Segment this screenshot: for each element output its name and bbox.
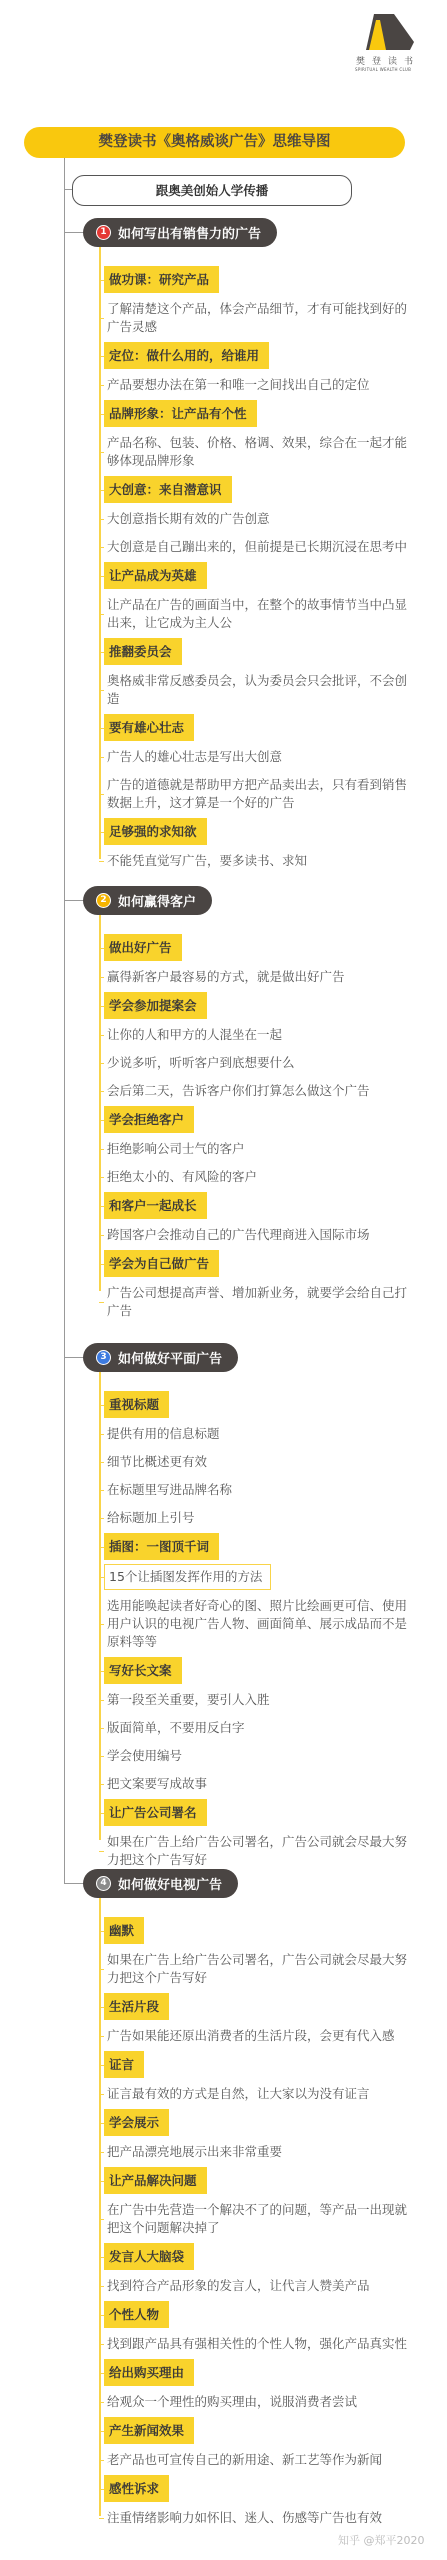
brand-logo: 樊登读书 SPIRITUAL WEALTH CLUB [354, 12, 424, 76]
detail-node[interactable]: 广告人的雄心壮志是写出大创意 [104, 743, 407, 771]
detail-node[interactable]: 少说多听，听听客户到底想要什么 [104, 1049, 407, 1077]
section-title: 如何写出有销售力的广告 [118, 223, 261, 242]
detail-text: 广告的道德就是帮助甲方把产品卖出去，只有看到销售数据上升，这才算是一个好的广告 [104, 771, 407, 817]
detail-node[interactable]: 跨国客户会推动自己的广告代理商进入国际市场 [104, 1221, 407, 1249]
mindmap-subtitle-node: 跟奥美创始人学传播 [72, 175, 352, 206]
topic-node[interactable]: 个性人物 [104, 2300, 407, 2330]
section-header[interactable]: 2如何赢得客户 [83, 886, 212, 915]
topic-node[interactable]: 学会展示 [104, 2108, 407, 2138]
topic-label: 生活片段 [104, 1993, 169, 2020]
section-branch: 重视标题提供有用的信息标题细节比概述更有效在标题里写进品牌名称给标题加上引号插图… [99, 1372, 407, 1874]
detail-node[interactable]: 给标题加上引号 [104, 1504, 407, 1532]
detail-node[interactable]: 选用能唤起读者好奇心的图、照片比绘画更可信、使用用户认识的电视广告人物、画面简单… [104, 1592, 407, 1656]
section-title: 如何做好电视广告 [118, 1874, 222, 1893]
detail-text: 了解清楚这个产品，体会产品细节，才有可能找到好的广告灵感 [104, 295, 407, 341]
topic-node[interactable]: 品牌形象：让产品有个性 [104, 399, 407, 429]
detail-node[interactable]: 把产品漂亮地展示出来非常重要 [104, 2138, 407, 2166]
detail-text: 细节比概述更有效 [104, 1448, 407, 1476]
detail-text: 注重情绪影响力如怀旧、迷人、伤感等广告也有效 [104, 2504, 407, 2532]
detail-text: 给观众一个理性的购买理由，说服消费者尝试 [104, 2388, 407, 2416]
detail-node[interactable]: 第一段至关重要，要引人入胜 [104, 1686, 407, 1714]
detail-node[interactable]: 学会使用编号 [104, 1742, 407, 1770]
topic-node[interactable]: 学会拒绝客户 [104, 1105, 407, 1135]
detail-node[interactable]: 广告如果能还原出消费者的生活片段，会更有代入感 [104, 2022, 407, 2050]
number-badge-icon: 2 [96, 893, 111, 908]
topic-label: 学会展示 [104, 2109, 169, 2136]
detail-node[interactable]: 15个让插图发挥作用的方法 [104, 1562, 407, 1592]
detail-text: 赢得新客户最容易的方式，就是做出好广告 [104, 963, 407, 991]
detail-node[interactable]: 了解清楚这个产品，体会产品细节，才有可能找到好的广告灵感 [104, 295, 407, 341]
topic-label: 重视标题 [104, 1391, 169, 1418]
detail-node[interactable]: 细节比概述更有效 [104, 1448, 407, 1476]
book-tent-icon [364, 12, 416, 52]
detail-node[interactable]: 奥格威非常反感委员会，认为委员会只会批评，不会创造 [104, 667, 407, 713]
section-title: 如何赢得客户 [118, 891, 196, 910]
detail-text: 版面简单，不要用反白字 [104, 1714, 407, 1742]
detail-node[interactable]: 老产品也可宣传自己的新用途、新工艺等作为新闻 [104, 2446, 407, 2474]
topic-label: 写好长文案 [104, 1657, 182, 1684]
detail-text: 第一段至关重要，要引人入胜 [104, 1686, 407, 1714]
topic-node[interactable]: 要有雄心壮志 [104, 713, 407, 743]
detail-text: 学会使用编号 [104, 1742, 407, 1770]
detail-node[interactable]: 提供有用的信息标题 [104, 1420, 407, 1448]
detail-text: 在广告中先营造一个解决不了的问题，等产品一出现就把这个问题解决掉了 [104, 2196, 407, 2242]
detail-text: 在标题里写进品牌名称 [104, 1476, 407, 1504]
section-branch: 做出好广告赢得新客户最容易的方式，就是做出好广告学会参加提案会让你的人和甲方的人… [99, 915, 407, 1325]
detail-node[interactable]: 如果在广告上给广告公司署名，广告公司就会尽最大努力把这个广告写好 [104, 1946, 407, 1992]
topic-label: 插图：一图顶千词 [104, 1533, 219, 1560]
branch-connector-line [99, 1372, 101, 1840]
topic-label: 产生新闻效果 [104, 2417, 194, 2444]
detail-text: 产品名称、包装、价格、格调、效果，综合在一起才能够体现品牌形象 [104, 429, 407, 475]
topic-node[interactable]: 给出购买理由 [104, 2358, 407, 2388]
detail-text: 大创意是自己蹦出来的，但前提是已长期沉浸在思考中 [104, 533, 407, 561]
topic-label: 要有雄心壮志 [104, 714, 194, 741]
topic-node[interactable]: 重视标题 [104, 1390, 407, 1420]
section-branch: 做功课：研究产品了解清楚这个产品，体会产品细节，才有可能找到好的广告灵感定位：做… [99, 247, 407, 875]
topic-node[interactable]: 让产品成为英雄 [104, 561, 407, 591]
number-badge-icon: 3 [96, 1350, 111, 1365]
topic-label: 足够强的求知欲 [104, 818, 207, 845]
detail-node[interactable]: 会后第二天，告诉客户你们打算怎么做这个广告 [104, 1077, 407, 1105]
detail-node[interactable]: 产品要想办法在第一和唯一之间找出自己的定位 [104, 371, 407, 399]
topic-label: 感性诉求 [104, 2475, 169, 2502]
detail-node[interactable]: 大创意指长期有效的广告创意 [104, 505, 407, 533]
topic-node[interactable]: 大创意：来自潜意识 [104, 475, 407, 505]
topic-label: 推翻委员会 [104, 638, 182, 665]
detail-text: 把文案要写成故事 [104, 1770, 407, 1798]
mindmap-root-title: 樊登读书《奥格威谈广告》思维导图 [24, 127, 405, 158]
topic-node[interactable]: 足够强的求知欲 [104, 817, 407, 847]
topic-label: 给出购买理由 [104, 2359, 194, 2386]
section-1: 1如何写出有销售力的广告做功课：研究产品了解清楚这个产品，体会产品细节，才有可能… [83, 218, 407, 875]
topic-label: 学会拒绝客户 [104, 1106, 194, 1133]
detail-text: 证言最有效的方式是自然，让大家以为没有证言 [104, 2080, 407, 2108]
logo-name-cn: 樊登读书 [354, 54, 424, 67]
topic-node[interactable]: 幽默 [104, 1916, 407, 1946]
section-header[interactable]: 1如何写出有销售力的广告 [83, 218, 277, 247]
topic-label: 大创意：来自潜意识 [104, 476, 232, 503]
detail-text: 拒绝影响公司士气的客户 [104, 1135, 407, 1163]
detail-node[interactable]: 大创意是自己蹦出来的，但前提是已长期沉浸在思考中 [104, 533, 407, 561]
section-branch: 幽默如果在广告上给广告公司署名，广告公司就会尽最大努力把这个广告写好生活片段广告… [99, 1898, 407, 2532]
branch-connector-line [99, 247, 101, 859]
detail-text: 大创意指长期有效的广告创意 [104, 505, 407, 533]
topic-label: 个性人物 [104, 2301, 169, 2328]
topic-node[interactable]: 感性诉求 [104, 2474, 407, 2504]
detail-text: 广告如果能还原出消费者的生活片段，会更有代入感 [104, 2022, 407, 2050]
detail-node[interactable]: 找到符合产品形象的发言人，让代言人赞美产品 [104, 2272, 407, 2300]
number-badge-icon: 1 [96, 225, 111, 240]
topic-label: 让产品解决问题 [104, 2167, 207, 2194]
detail-node[interactable]: 找到跟产品具有强相关性的个性人物，强化产品真实性 [104, 2330, 407, 2358]
section-2: 2如何赢得客户做出好广告赢得新客户最容易的方式，就是做出好广告学会参加提案会让你… [83, 886, 407, 1325]
detail-text: 让你的人和甲方的人混坐在一起 [104, 1021, 407, 1049]
topic-node[interactable]: 做功课：研究产品 [104, 265, 407, 295]
section-header[interactable]: 4如何做好电视广告 [83, 1869, 238, 1898]
topic-label: 学会为自己做广告 [104, 1250, 219, 1277]
topic-node[interactable]: 证言 [104, 2050, 407, 2080]
section-header[interactable]: 3如何做好平面广告 [83, 1343, 238, 1372]
topic-label: 幽默 [104, 1917, 144, 1944]
detail-text: 选用能唤起读者好奇心的图、照片比绘画更可信、使用用户认识的电视广告人物、画面简单… [104, 1592, 407, 1656]
detail-text: 给标题加上引号 [104, 1504, 407, 1532]
section-3: 3如何做好平面广告重视标题提供有用的信息标题细节比概述更有效在标题里写进品牌名称… [83, 1343, 407, 1874]
detail-node[interactable]: 证言最有效的方式是自然，让大家以为没有证言 [104, 2080, 407, 2108]
detail-text: 产品要想办法在第一和唯一之间找出自己的定位 [104, 371, 407, 399]
detail-node[interactable]: 版面简单，不要用反白字 [104, 1714, 407, 1742]
detail-text: 广告公司想提高声誉、增加新业务，就要学会给自己打广告 [104, 1279, 407, 1325]
detail-node[interactable]: 不能凭直觉写广告，要多读书、求知 [104, 847, 407, 875]
detail-node[interactable]: 赢得新客户最容易的方式，就是做出好广告 [104, 963, 407, 991]
detail-node[interactable]: 让产品在广告的画面当中，在整个的故事情节当中凸显出来，让它成为主人公 [104, 591, 407, 637]
topic-label: 定位：做什么用的，给谁用 [104, 342, 269, 369]
number-badge-icon: 4 [96, 1876, 111, 1891]
detail-node[interactable]: 把文案要写成故事 [104, 1770, 407, 1798]
topic-node[interactable]: 写好长文案 [104, 1656, 407, 1686]
topic-label: 让产品成为英雄 [104, 562, 207, 589]
linked-detail-label: 15个让插图发挥作用的方法 [104, 1564, 271, 1590]
detail-text: 老产品也可宣传自己的新用途、新工艺等作为新闻 [104, 2446, 407, 2474]
section-4: 4如何做好电视广告幽默如果在广告上给广告公司署名，广告公司就会尽最大努力把这个广… [83, 1869, 407, 2532]
topic-node[interactable]: 推翻委员会 [104, 637, 407, 667]
detail-text: 不能凭直觉写广告，要多读书、求知 [104, 847, 407, 875]
detail-node[interactable]: 广告公司想提高声誉、增加新业务，就要学会给自己打广告 [104, 1279, 407, 1325]
topic-node[interactable]: 学会为自己做广告 [104, 1249, 407, 1279]
detail-text: 如果在广告上给广告公司署名，广告公司就会尽最大努力把这个广告写好 [104, 1828, 407, 1874]
topic-label: 学会参加提案会 [104, 992, 207, 1019]
watermark: 知乎 @郑平2020 [338, 2532, 425, 2548]
detail-text: 让产品在广告的画面当中，在整个的故事情节当中凸显出来，让它成为主人公 [104, 591, 407, 637]
branch-connector-line [99, 1898, 101, 2516]
topic-node[interactable]: 发言人大脑袋 [104, 2242, 407, 2272]
detail-text: 跨国客户会推动自己的广告代理商进入国际市场 [104, 1221, 407, 1249]
detail-node[interactable]: 广告的道德就是帮助甲方把产品卖出去，只有看到销售数据上升，这才算是一个好的广告 [104, 771, 407, 817]
detail-text: 提供有用的信息标题 [104, 1420, 407, 1448]
topic-node[interactable]: 学会参加提案会 [104, 991, 407, 1021]
detail-node[interactable]: 如果在广告上给广告公司署名，广告公司就会尽最大努力把这个广告写好 [104, 1828, 407, 1874]
detail-text: 拒绝太小的、有风险的客户 [104, 1163, 407, 1191]
topic-label: 让广告公司署名 [104, 1799, 207, 1826]
detail-text: 会后第二天，告诉客户你们打算怎么做这个广告 [104, 1077, 407, 1105]
topic-label: 品牌形象：让产品有个性 [104, 400, 257, 427]
topic-label: 做出好广告 [104, 934, 182, 961]
detail-node[interactable]: 让你的人和甲方的人混坐在一起 [104, 1021, 407, 1049]
detail-text: 如果在广告上给广告公司署名，广告公司就会尽最大努力把这个广告写好 [104, 1946, 407, 1992]
topic-node[interactable]: 产生新闻效果 [104, 2416, 407, 2446]
topic-node[interactable]: 让产品解决问题 [104, 2166, 407, 2196]
detail-node[interactable]: 在广告中先营造一个解决不了的问题，等产品一出现就把这个问题解决掉了 [104, 2196, 407, 2242]
topic-label: 证言 [104, 2051, 144, 2078]
detail-node[interactable]: 产品名称、包装、价格、格调、效果，综合在一起才能够体现品牌形象 [104, 429, 407, 475]
detail-text: 广告人的雄心壮志是写出大创意 [104, 743, 407, 771]
detail-text: 把产品漂亮地展示出来非常重要 [104, 2138, 407, 2166]
detail-text: 找到跟产品具有强相关性的个性人物，强化产品真实性 [104, 2330, 407, 2358]
trunk-elbow [64, 232, 84, 233]
topic-label: 做功课：研究产品 [104, 266, 219, 293]
topic-node[interactable]: 做出好广告 [104, 933, 407, 963]
topic-label: 和客户一起成长 [104, 1192, 207, 1219]
trunk-connector-line [64, 158, 65, 1884]
detail-text: 找到符合产品形象的发言人，让代言人赞美产品 [104, 2272, 407, 2300]
detail-node[interactable]: 给观众一个理性的购买理由，说服消费者尝试 [104, 2388, 407, 2416]
logo-name-en: SPIRITUAL WEALTH CLUB [354, 67, 424, 72]
detail-node[interactable]: 注重情绪影响力如怀旧、迷人、伤感等广告也有效 [104, 2504, 407, 2532]
topic-label: 发言人大脑袋 [104, 2243, 194, 2270]
trunk-elbow [64, 1883, 84, 1884]
detail-node[interactable]: 拒绝影响公司士气的客户 [104, 1135, 407, 1163]
topic-node[interactable]: 和客户一起成长 [104, 1191, 407, 1221]
trunk-elbow [64, 1357, 84, 1358]
trunk-elbow [64, 900, 84, 901]
detail-text: 少说多听，听听客户到底想要什么 [104, 1049, 407, 1077]
topic-node[interactable]: 定位：做什么用的，给谁用 [104, 341, 407, 371]
topic-node[interactable]: 生活片段 [104, 1992, 407, 2022]
detail-text: 奥格威非常反感委员会，认为委员会只会批评，不会创造 [104, 667, 407, 713]
topic-node[interactable]: 插图：一图顶千词 [104, 1532, 407, 1562]
detail-node[interactable]: 拒绝太小的、有风险的客户 [104, 1163, 407, 1191]
section-title: 如何做好平面广告 [118, 1348, 222, 1367]
detail-node[interactable]: 在标题里写进品牌名称 [104, 1476, 407, 1504]
topic-node[interactable]: 让广告公司署名 [104, 1798, 407, 1828]
